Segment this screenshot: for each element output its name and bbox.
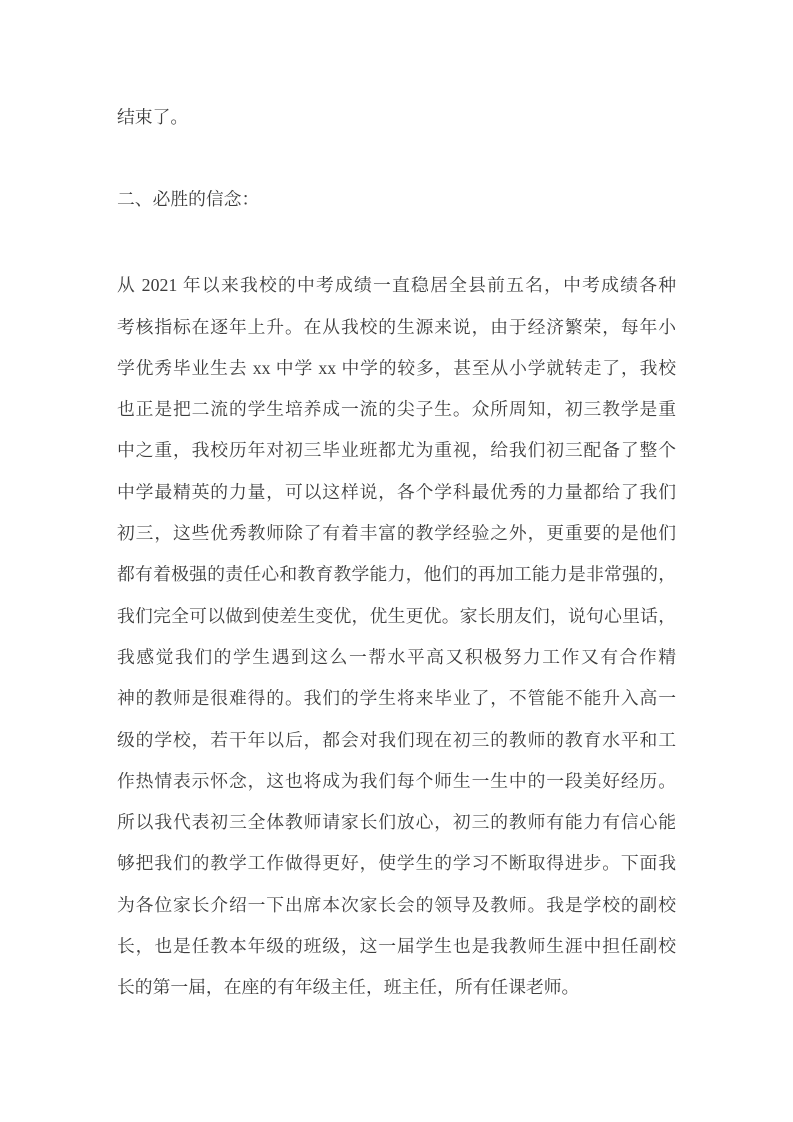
paragraph-line: 为各位家长介绍一下出席本次家长会的领导及教师。我是学校的副校 (117, 885, 676, 926)
paragraph-line: 中学最精英的力量，可以这样说，各个学科最优秀的力量都给了我们 (117, 472, 676, 513)
paragraph-line: 神的教师是很难得的。我们的学生将来毕业了，不管能不能升入高一 (117, 678, 676, 719)
paragraph-line: 够把我们的教学工作做得更好，使学生的学习不断取得进步。下面我 (117, 843, 676, 884)
paragraph-line: 作热情表示怀念，这也将成为我们每个师生一生中的一段美好经历。 (117, 761, 676, 802)
paragraph-line: 从 2021 年以来我校的中考成绩一直稳居全县前五名，中考成绩各种 (117, 265, 676, 306)
paragraph-line: 初三，这些优秀教师除了有着丰富的教学经验之外，更重要的是他们 (117, 513, 676, 554)
paragraph-line: 所以我代表初三全体教师请家长们放心，初三的教师有能力有信心能 (117, 802, 676, 843)
paragraph-line: 也正是把二流的学生培养成一流的尖子生。众所周知，初三教学是重 (117, 389, 676, 430)
paragraph-line: 都有着极强的责任心和教育教学能力，他们的再加工能力是非常强的， (117, 554, 676, 595)
section-heading: 二、必胜的信念： (117, 179, 676, 220)
paragraph-line: 中之重，我校历年对初三毕业班都尤为重视，给我们初三配备了整个 (117, 430, 676, 471)
paragraph-line: 长，也是任教本年级的班级，这一届学生也是我教师生涯中担任副校 (117, 926, 676, 967)
paragraph-line: 长的第一届，在座的有年级主任，班主任，所有任课老师。 (117, 967, 676, 1008)
paragraph-line: 级的学校，若干年以后，都会对我们现在初三的教师的教育水平和工 (117, 720, 676, 761)
blank-line (117, 220, 676, 265)
paragraph-line: 学优秀毕业生去 xx 中学 xx 中学的较多，甚至从小学就转走了，我校 (117, 348, 676, 389)
paragraph-line: 我感觉我们的学生遇到这么一帮水平高又积极努力工作又有合作精 (117, 637, 676, 678)
paragraph-line: 我们完全可以做到使差生变优，优生更优。家长朋友们，说句心里话， (117, 596, 676, 637)
blank-line (117, 138, 676, 179)
closing-line: 结束了。 (117, 97, 676, 138)
body-paragraph: 从 2021 年以来我校的中考成绩一直稳居全县前五名，中考成绩各种考核指标在逐年… (117, 265, 676, 1008)
paragraph-line: 考核指标在逐年上升。在从我校的生源来说，由于经济繁荣，每年小 (117, 307, 676, 348)
document-page: 结束了。 二、必胜的信念： 从 2021 年以来我校的中考成绩一直稳居全县前五名… (0, 0, 793, 1122)
